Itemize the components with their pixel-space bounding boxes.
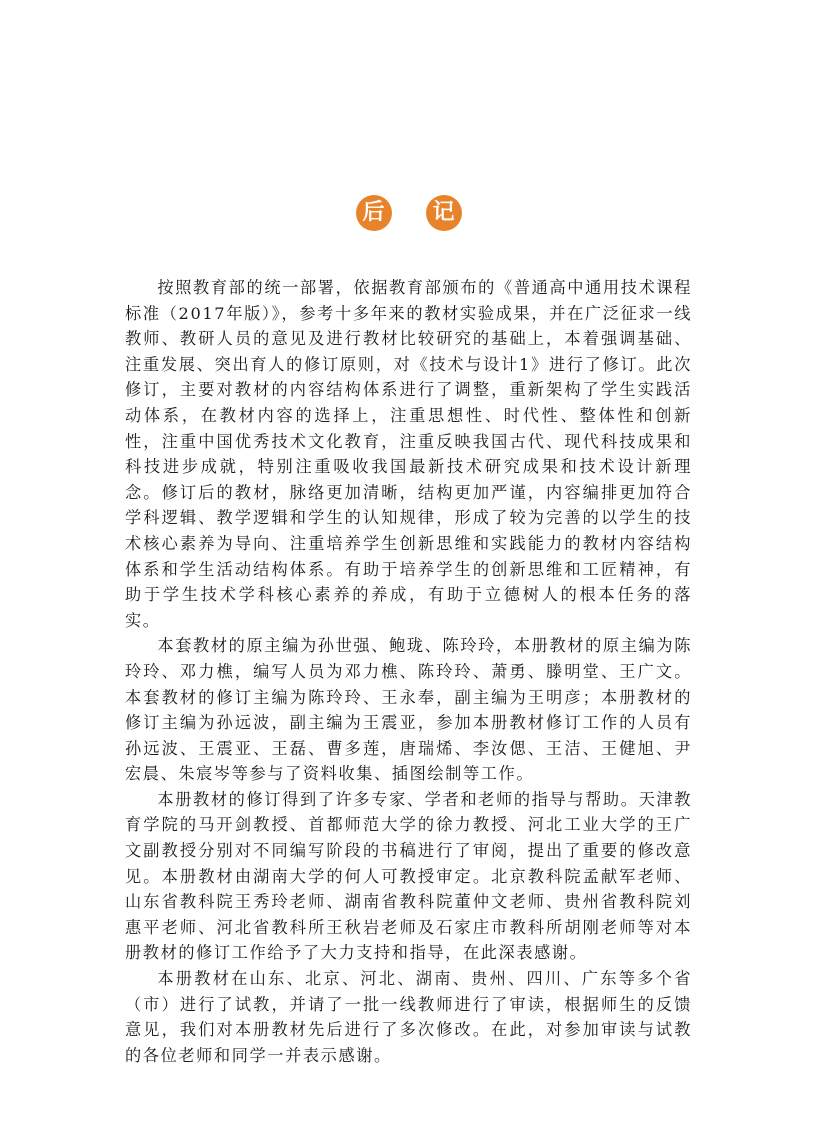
page-title: 后 记 (0, 195, 817, 231)
paragraph-revision-overview: 按照教育部的统一部署，依据教育部颁布的《普通高中通用技术课程标准（2017年版）… (125, 275, 692, 633)
paragraph-acknowledgements-experts: 本册教材的修订得到了许多专家、学者和老师的指导与帮助。天津教育学院的马开剑教授、… (125, 787, 692, 966)
paragraph-acknowledgements-trial: 本册教材在山东、北京、河北、湖南、贵州、四川、广东等多个省（市）进行了试教，并请… (125, 966, 692, 1068)
afterword-body: 按照教育部的统一部署，依据教育部颁布的《普通高中通用技术课程标准（2017年版）… (125, 275, 692, 1068)
paragraph-editors: 本套教材的原主编为孙世强、鲍珑、陈玲玲，本册教材的原主编为陈玲玲、邓力樵，编写人… (125, 633, 692, 787)
title-badge-ji: 记 (426, 195, 462, 231)
title-badge-hou: 后 (356, 195, 392, 231)
